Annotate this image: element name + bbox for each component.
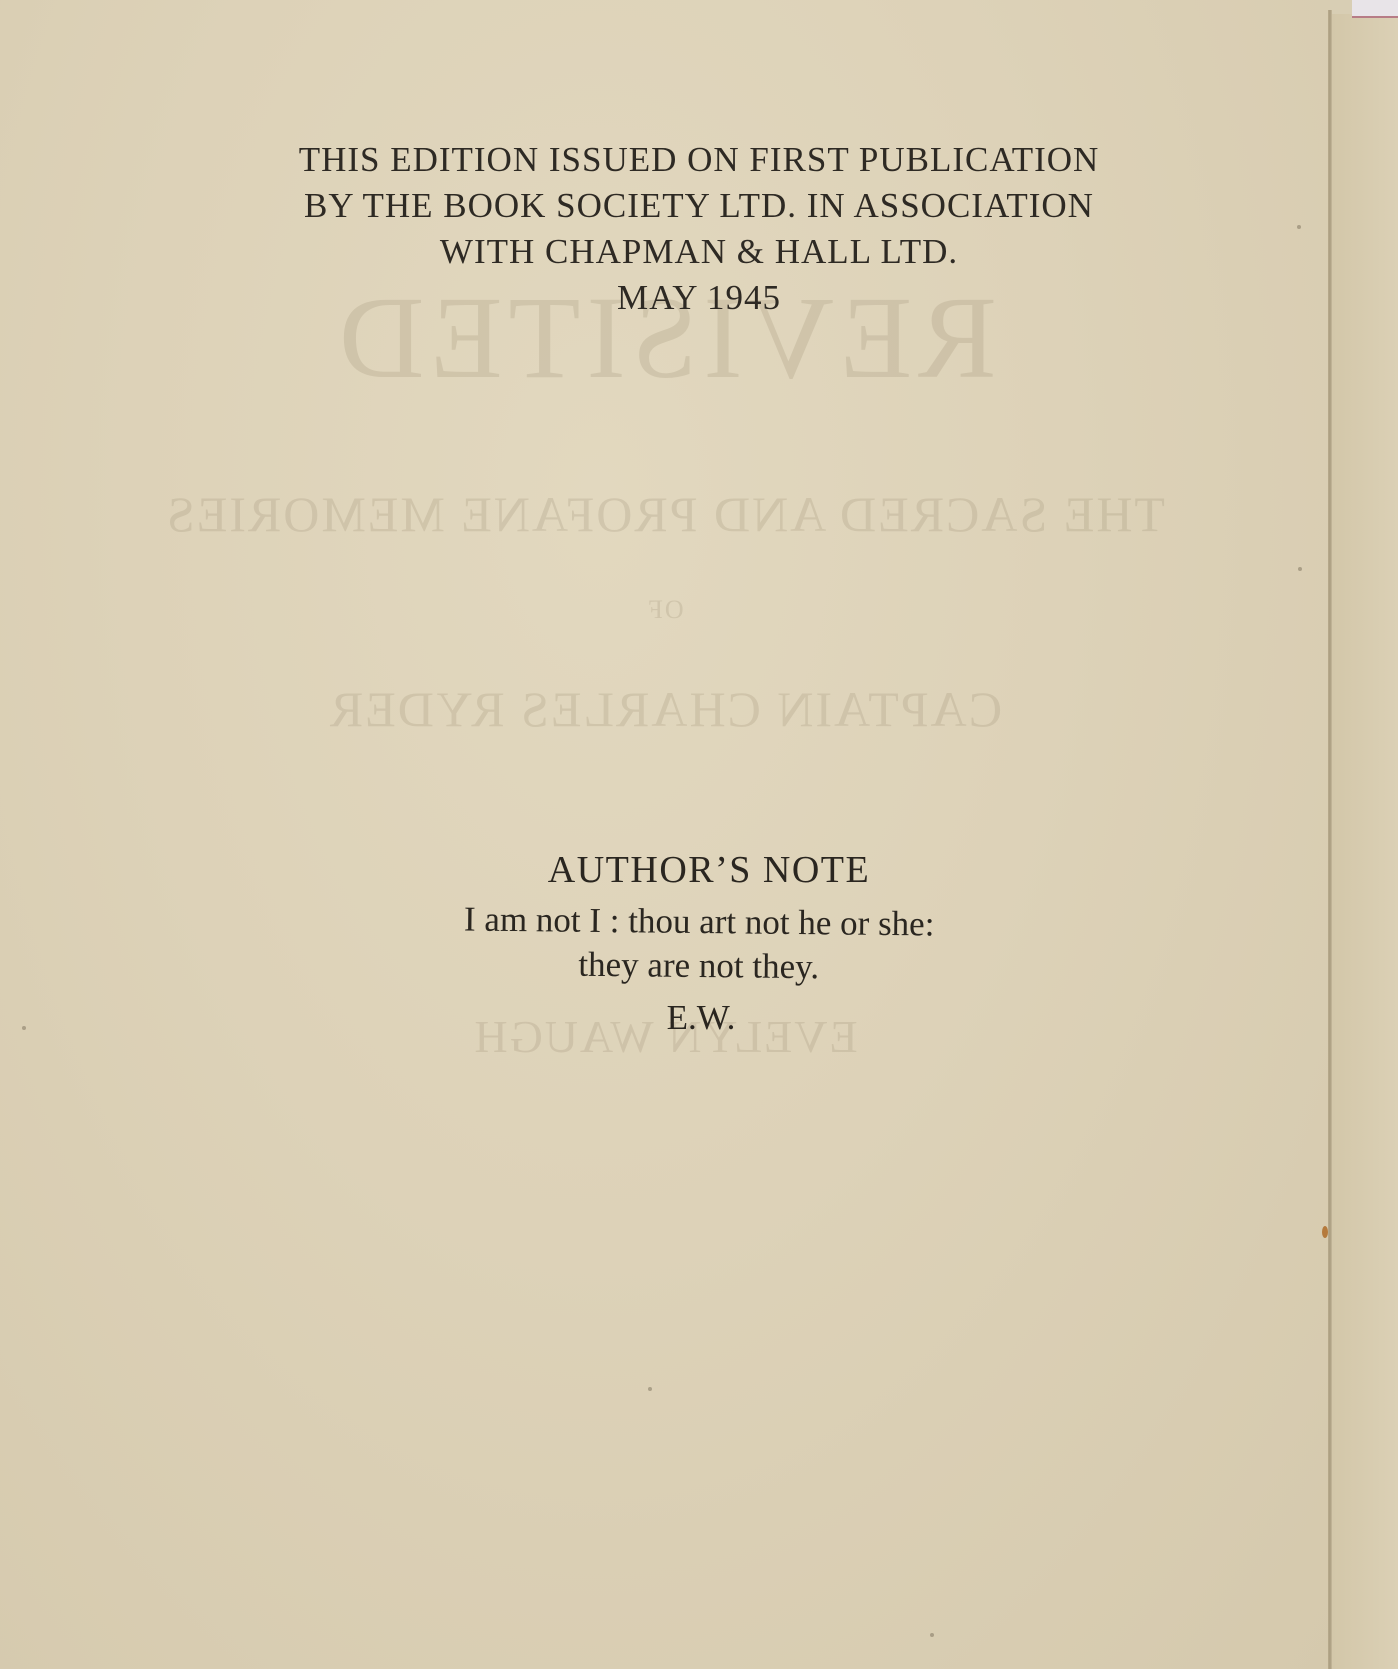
imprint-line: WITH CHAPMAN & HALL LTD. [0, 229, 1398, 275]
show-through-of: OF [0, 595, 1330, 625]
paper-speck [648, 1387, 652, 1391]
paper-speck [1298, 567, 1302, 571]
imprint-date: MAY 1945 [0, 275, 1398, 321]
authors-note-signature: E.W. [4, 994, 1398, 1042]
show-through-subtitle: THE SACRED AND PROFANE MEMORIES [0, 485, 1330, 543]
show-through-captain: CAPTAIN CHARLES RYDER [0, 680, 1330, 738]
authors-note-quote: I am not I : thou art not he or she: the… [0, 893, 1398, 996]
foxing-spot [1322, 1226, 1328, 1238]
edition-imprint: THIS EDITION ISSUED ON FIRST PUBLICATION… [0, 137, 1398, 321]
imprint-line: THIS EDITION ISSUED ON FIRST PUBLICATION [0, 137, 1398, 183]
authors-note: AUTHOR’S NOTE I am not I : thou art not … [0, 846, 1398, 1042]
paper-speck [930, 1633, 934, 1637]
authors-note-heading: AUTHOR’S NOTE [20, 846, 1398, 894]
imprint-line: BY THE BOOK SOCIETY LTD. IN ASSOCIATION [0, 183, 1398, 229]
adjacent-page-top-trim [1352, 0, 1398, 18]
